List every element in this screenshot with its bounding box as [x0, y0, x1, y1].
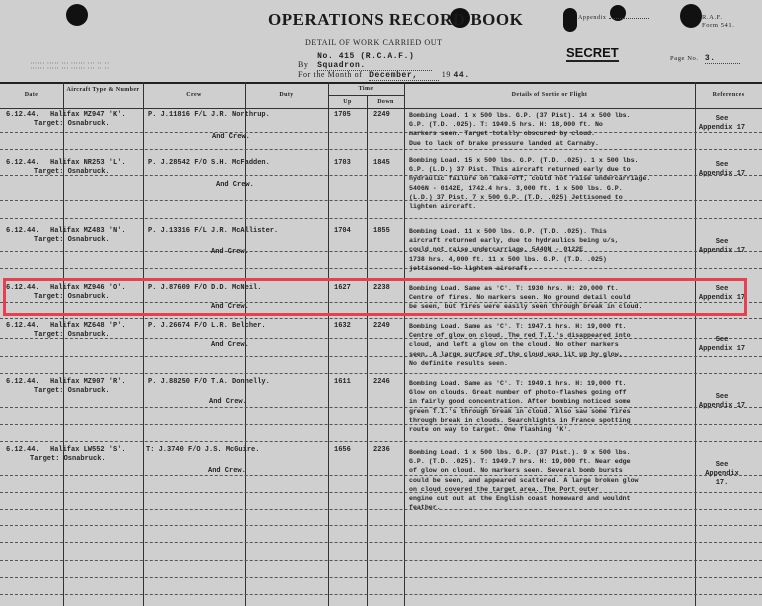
month-line: For the Month of December, 19 44. — [298, 70, 470, 81]
entry-crew: P. J.13316 F/L J.R. McAllister. — [148, 227, 278, 236]
entry-date: 6.12.44. — [6, 159, 40, 168]
entry-crew: P. J.26674 F/O L.R. Belcher. — [148, 322, 266, 331]
entry-target: Target: Osnabruck. — [34, 168, 110, 177]
form-label-number: Form 541. — [702, 22, 735, 30]
entry-time-up: 1704 — [334, 227, 351, 236]
entry-crew: P. J.11816 F/L J.R. Northrup. — [148, 111, 270, 120]
col-divider — [695, 82, 696, 606]
page-number: 3. — [705, 54, 740, 64]
entry-target: Target: Osnabruck. — [34, 236, 110, 245]
entry-and-crew: And Crew. — [211, 248, 249, 257]
entry-time-down: 1845 — [373, 159, 390, 168]
secret-stamp: SECRET — [566, 45, 619, 62]
header-rule — [0, 82, 762, 84]
entry-date: 6.12.44. — [6, 378, 40, 387]
entry-and-crew: And Crew. — [212, 133, 250, 142]
entry-crew: P. J.28542 F/O S.H. McFadden. — [148, 159, 270, 168]
entry-reference: See Appendix 17. — [697, 461, 747, 488]
entry-aircraft: Halifax MZ947 'K'. — [50, 111, 126, 120]
binder-hole — [680, 4, 702, 28]
entry-aircraft: Halifax MZ483 'N'. — [50, 227, 126, 236]
entry-time-up: 1656 — [334, 446, 351, 455]
entry-aircraft: Halifax MZ648 'P'. — [50, 322, 126, 331]
entry-time-down: 2246 — [373, 378, 390, 387]
entry-aircraft: Halifax LW552 'S'. — [50, 446, 126, 455]
entry-reference: See Appendix 17 — [697, 161, 747, 179]
year-prefix: 19 — [442, 70, 451, 79]
entry-time-up: 1611 — [334, 378, 351, 387]
appendix-label: Appendix — [578, 15, 606, 21]
page-number-line: Page No. 3. — [670, 54, 740, 64]
entry-reference: See Appendix 17 — [697, 336, 747, 354]
binder-hole — [563, 8, 577, 32]
entry-and-crew: And Crew. — [216, 181, 254, 190]
column-header-details: Details of Sortie or Flight — [404, 92, 695, 98]
entry-crew: P. J.88250 F/O T.A. Donnelly. — [148, 378, 270, 387]
column-header-date: Date — [0, 92, 63, 98]
header-bottom-rule — [0, 108, 762, 109]
form-label: R.A.F. Form 541. — [702, 14, 735, 30]
entry-time-up: 1632 — [334, 322, 351, 331]
month-label: For the Month of — [298, 70, 363, 79]
entry-time-down: 2249 — [373, 111, 390, 120]
appendix-line: Appendix — [578, 15, 649, 21]
entry-time-up: 1703 — [334, 159, 351, 168]
squadron-value: No. 415 (R.C.A.F.) Squadron. — [317, 52, 432, 71]
entry-reference: See Appendix 17 — [697, 393, 747, 411]
col-divider — [143, 82, 144, 606]
entry-crew: T: J.3740 F/O J.S. McGuire. — [146, 446, 259, 455]
entry-date: 6.12.44. — [6, 111, 40, 120]
entry-details: Bombing Load. Same as 'C'. T: 1947.1 hrs… — [409, 322, 694, 368]
entry-target: Target: Osnabruck. — [34, 387, 110, 396]
entry-date: 6.12.44. — [6, 322, 40, 331]
entry-time-up: 1705 — [334, 111, 351, 120]
entry-and-crew: And Crew. — [208, 467, 246, 476]
entry-time-down: 1855 — [373, 227, 390, 236]
entry-reference: See Appendix 17 — [697, 238, 747, 256]
squadron-line: By No. 415 (R.C.A.F.) Squadron. — [298, 52, 432, 71]
entry-and-crew: And Crew. — [211, 341, 249, 350]
entry-details: Bombing Load. 1 x 500 lbs. G.P. (37 Pist… — [409, 111, 694, 148]
record-book-page: OPERATIONS RECORD BOOK DETAIL OF WORK CA… — [0, 0, 762, 606]
binder-hole — [66, 4, 88, 26]
col-divider — [404, 82, 405, 606]
col-divider — [367, 95, 368, 606]
entry-details: Bombing Load. Same as 'C'. T: 1949.1 hrs… — [409, 379, 694, 434]
entry-details: Bombing Load. 1 x 500 lbs. G.P. (37 Pist… — [409, 448, 694, 512]
column-header-aircraft: Aircraft Type & Number — [66, 87, 140, 94]
print-code: :::::: ::::: ::: :::::: ::: :: :::::::: … — [30, 62, 109, 72]
entry-target: Target: Osnabruck. — [30, 455, 106, 464]
entry-aircraft: Halifax MZ907 'R'. — [50, 378, 126, 387]
year-value: 44. — [454, 71, 470, 80]
entry-date: 6.12.44. — [6, 446, 40, 455]
entry-reference: See Appendix 17 — [697, 115, 747, 133]
entry-target: Target: Osnabruck. — [34, 331, 110, 340]
column-header-duty: Duty — [245, 92, 328, 98]
form-label-raf: R.A.F. — [702, 14, 735, 22]
page-title: OPERATIONS RECORD BOOK — [268, 10, 523, 30]
col-divider — [328, 82, 329, 606]
page-label: Page No. — [670, 55, 699, 62]
entry-and-crew: And Crew. — [209, 398, 247, 407]
entry-date: 6.12.44. — [6, 227, 40, 236]
entry-target: Target: Osnabruck. — [34, 120, 110, 129]
column-header-crew: Crew — [143, 92, 245, 98]
entry-details: Bombing Load. 15 x 500 lbs. G.P. (T.D. .… — [409, 156, 694, 211]
by-label: By — [298, 60, 309, 69]
page-subtitle: DETAIL OF WORK CARRIED OUT — [305, 38, 443, 47]
entry-details: Bombing Load. 11 x 500 lbs. G.P. (T.D. .… — [409, 227, 694, 273]
column-header-time: Time — [328, 86, 404, 92]
column-header-down: Down — [367, 99, 404, 105]
month-value: December, — [369, 71, 439, 81]
entry-time-down: 2249 — [373, 322, 390, 331]
column-header-references: References — [695, 92, 762, 98]
highlight-box — [3, 278, 747, 316]
time-subrule — [328, 95, 404, 96]
entry-aircraft: Halifax NR253 'L'. — [50, 159, 126, 168]
entry-time-down: 2236 — [373, 446, 390, 455]
column-header-up: Up — [328, 99, 367, 105]
